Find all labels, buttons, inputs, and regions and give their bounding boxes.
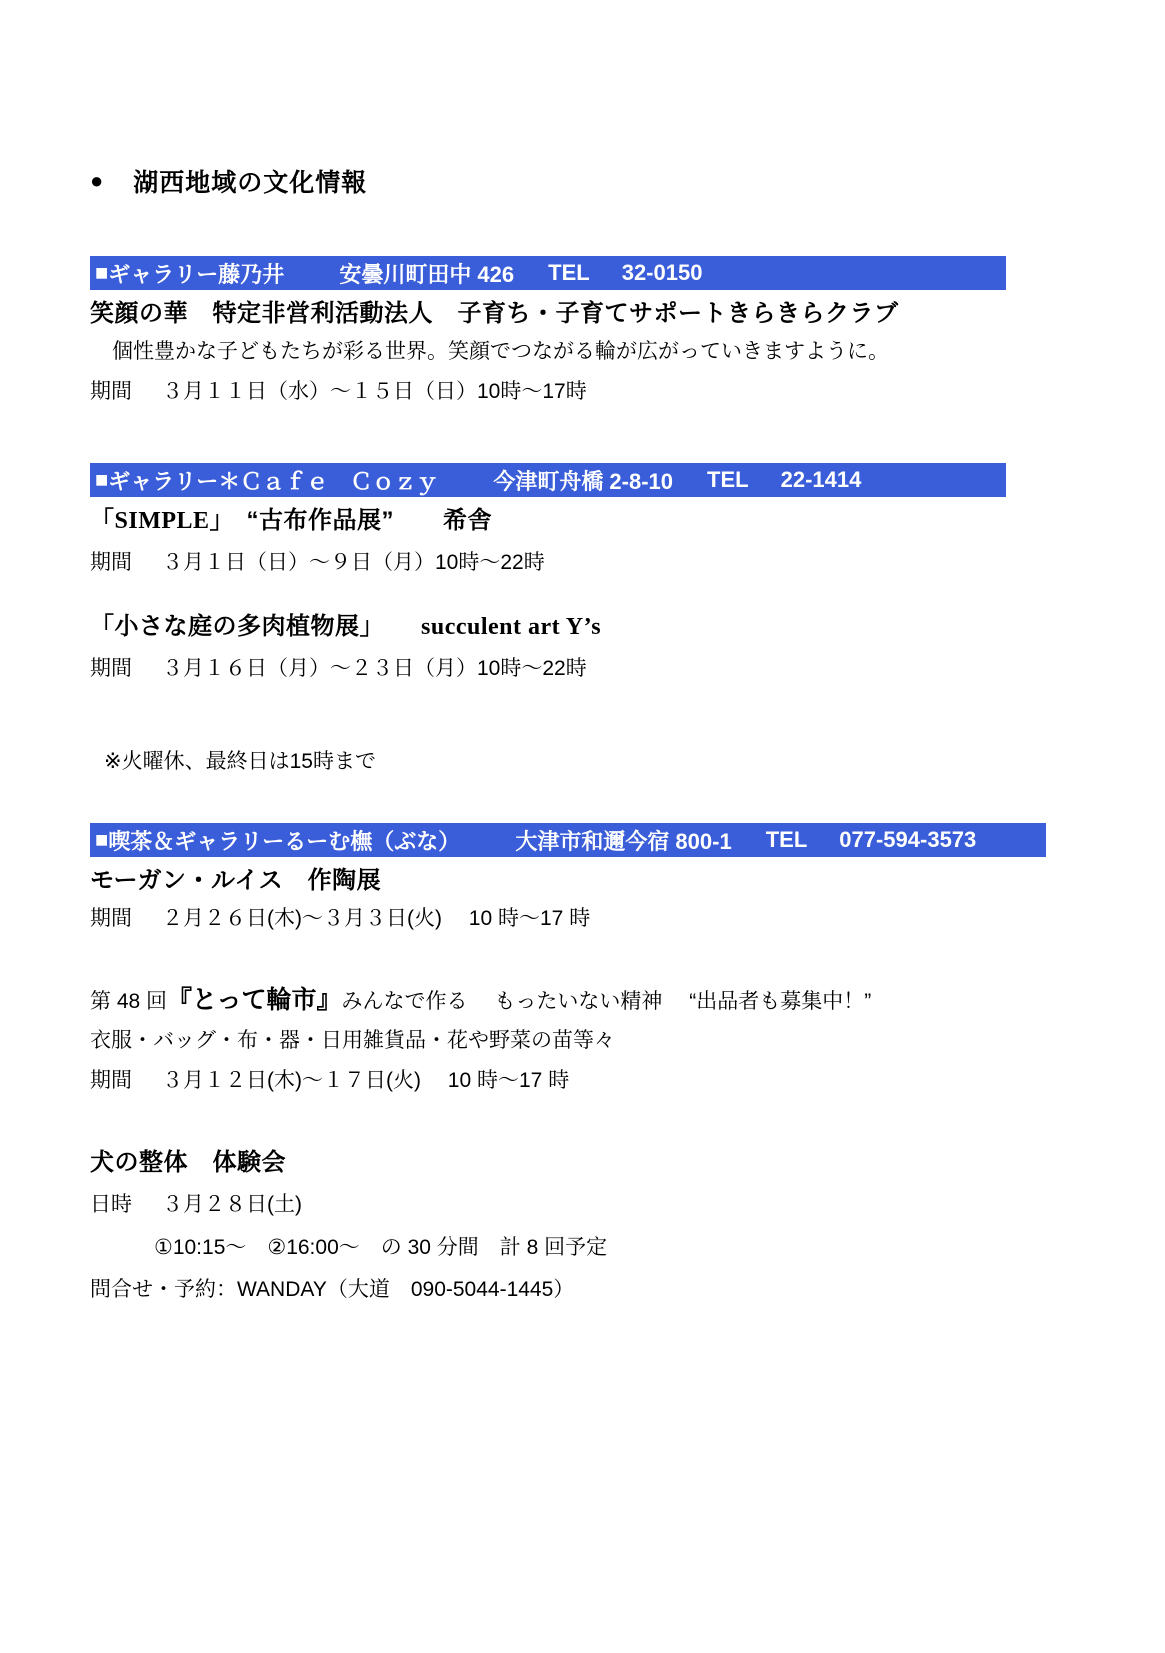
title-open-bracket: 「 (90, 507, 115, 534)
page-content: ● 湖西地域の文化情報 ■ギャラリー藤乃井 安曇川町田中 426 TEL 32-… (0, 0, 1165, 1303)
title-english: SIMPLE (115, 508, 210, 534)
venue-header-bar: ■ギャラリー藤乃井 安曇川町田中 426 TEL 32-0150 (90, 256, 1006, 290)
period-label: 期間 (90, 378, 132, 406)
square-marker-icon: ■ (95, 260, 108, 286)
tel-label: TEL (707, 467, 749, 493)
venue-name: 喫茶＆ギャラリーるーむ橅（ぶな） (108, 825, 460, 856)
event-title: モーガン・ルイス 作陶展 (90, 865, 1135, 897)
closing-note: ※火曜休、最終日は15時まで (90, 745, 1135, 775)
page-title-row: ● 湖西地域の文化情報 (90, 163, 1135, 199)
period-value: ３月１１日（水）～１５日（日）10時～17時 (162, 378, 587, 406)
event-period-row: 期間 ３月１日（日）～９日（月）10時～22時 (90, 549, 1135, 577)
datetime-label: 日時 (90, 1191, 132, 1219)
period-value: ３月１２日(木)～１７日(火) 10 時～17 時 (162, 1067, 569, 1095)
event-period-row: 期間 ３月１６日（月）～２３日（月）10時～22時 (90, 655, 1135, 683)
venue-address: 今津町舟橋 2-8-10 (493, 465, 673, 496)
title-japanese: 「小さな庭の多肉植物展」 (90, 613, 421, 640)
title-rest: 」 “古布作品展” 希舎 (210, 507, 493, 534)
event-title: 「小さな庭の多肉植物展」 succulent art Y’s (90, 611, 1135, 643)
event-title: 犬の整体 体験会 (90, 1147, 1135, 1179)
venue-header-bar: ■ギャラリー＊Ｃａｆｅ Ｃｏｚｙ 今津町舟橋 2-8-10 TEL 22-141… (90, 463, 1006, 497)
venue-name: ギャラリー＊Ｃａｆｅ Ｃｏｚｙ (108, 465, 438, 496)
title-english: succulent art Y’s (421, 614, 601, 640)
event-title: 「SIMPLE」 “古布作品展” 希舎 (90, 505, 1135, 537)
period-label: 期間 (90, 1067, 132, 1095)
square-marker-icon: ■ (95, 467, 108, 493)
event-datetime-row: 日時 ３月２８日(土) (90, 1191, 1135, 1219)
tel-number: 32-0150 (622, 260, 703, 286)
period-label: 期間 (90, 905, 132, 933)
square-marker-icon: ■ (95, 827, 108, 853)
event-description: 個性豊かな子どもたちが彩る世界。笑顔でつながる輪が広がっていきますように。 (90, 338, 1135, 366)
tel-label: TEL (548, 260, 590, 286)
title-rest: みんなで作る もったいない精神 “出品者も募集中！” (342, 990, 872, 1013)
datetime-value: ３月２８日(土) (162, 1191, 302, 1219)
title-bold: 『とって輪市』 (167, 986, 342, 1014)
period-value: ３月１６日（月）～２３日（月）10時～22時 (162, 655, 587, 683)
event-description: 衣服・バッグ・布・器・日用雑貨品・花や野菜の苗等々 (90, 1027, 1135, 1055)
tel-number: 077-594-3573 (839, 827, 976, 853)
document-page: ● 湖西地域の文化情報 ■ギャラリー藤乃井 安曇川町田中 426 TEL 32-… (0, 0, 1165, 1653)
event-schedule: ①10:15～ ②16:00～ の 30 分間 計 8 回予定 (90, 1231, 1135, 1261)
venue-header-bar: ■喫茶＆ギャラリーるーむ橅（ぶな） 大津市和邇今宿 800-1 TEL 077-… (90, 823, 1046, 857)
event-title: 第 48 回『とって輪市』みんなで作る もったいない精神 “出品者も募集中！” (90, 983, 1135, 1019)
event-period-row: 期間 ３月１２日(木)～１７日(火) 10 時～17 時 (90, 1067, 1135, 1095)
venue-name: ギャラリー藤乃井 (108, 258, 284, 289)
event-title: 笑顔の華 特定非営利活動法人 子育ち・子育てサポートきらきらクラブ (90, 298, 1135, 330)
tel-label: TEL (766, 827, 808, 853)
period-value: ２月２６日(木)～３月３日(火) 10 時～17 時 (162, 905, 590, 933)
period-label: 期間 (90, 655, 132, 683)
bullet-icon: ● (90, 170, 103, 192)
period-label: 期間 (90, 549, 132, 577)
venue-address: 安曇川町田中 426 (339, 258, 514, 289)
page-title: 湖西地域の文化情報 (133, 163, 367, 199)
venue-address: 大津市和邇今宿 800-1 (515, 825, 731, 856)
event-contact: 問合せ・予約：WANDAY（大道 090-5044-1445） (90, 1273, 1135, 1303)
tel-number: 22-1414 (781, 467, 862, 493)
event-period-row: 期間 ２月２６日(木)～３月３日(火) 10 時～17 時 (90, 905, 1135, 933)
period-value: ３月１日（日）～９日（月）10時～22時 (162, 549, 545, 577)
event-period-row: 期間 ３月１１日（水）～１５日（日）10時～17時 (90, 378, 1135, 406)
title-prefix: 第 48 回 (90, 990, 167, 1013)
